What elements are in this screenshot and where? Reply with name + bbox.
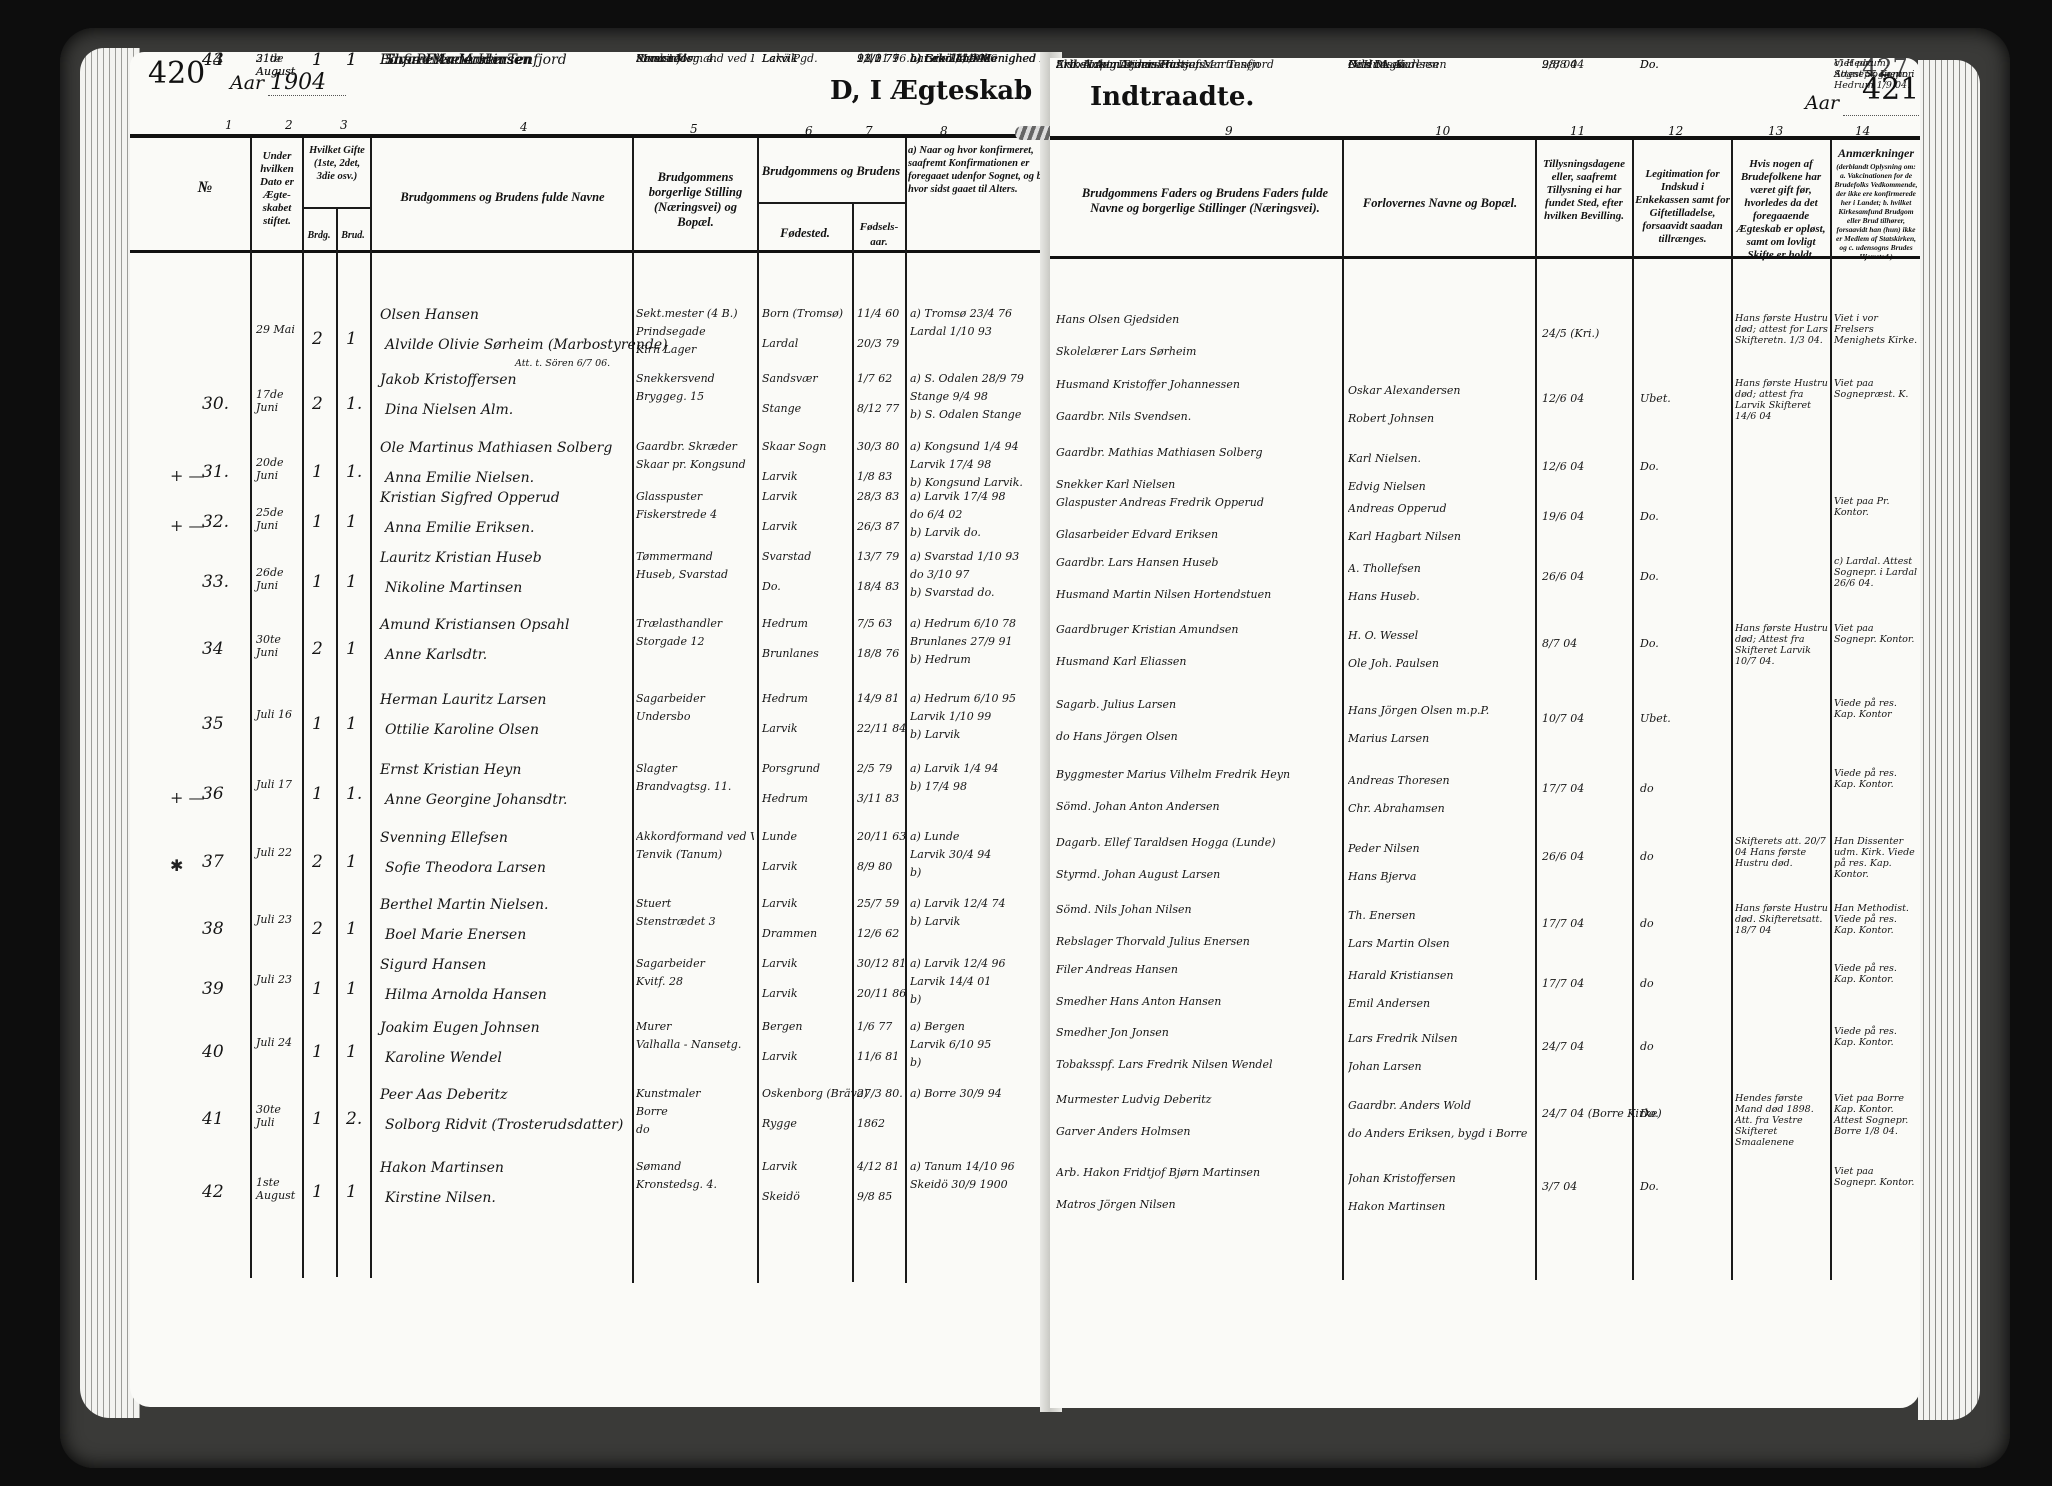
bride-birthplace: Larvik	[762, 860, 798, 873]
header-fathers: Brudgommens Faders og Brudens Faders ful…	[1070, 186, 1340, 216]
bride-birthplace: Larvik	[762, 1050, 798, 1063]
col-divider	[1731, 140, 1733, 1280]
confirmation-line: Stange 9/4 98	[910, 390, 1048, 403]
banns-date: 28/8 04	[1542, 58, 1584, 71]
occupation-line: Tømmermand	[636, 550, 754, 563]
groom-father: Glaspuster Andreas Fredrik Opperud	[1056, 496, 1340, 509]
groom-birthplace: Larvik	[762, 490, 798, 503]
remarks-note: Viede på res. Kap. Kontor.	[1834, 1026, 1918, 1048]
remarks-note: c) Hedrum. Attest Sognepr. i Hedrum 1/9 …	[1834, 58, 1918, 91]
occupation-line: Murer	[636, 1020, 754, 1033]
bride-father: Tobaksspf. Lars Fredrik Nilsen Wendel	[1056, 1058, 1340, 1071]
groom-marriage-order: 1	[312, 52, 323, 68]
entry-number: 40	[202, 1044, 224, 1060]
col-num-3: 3	[340, 118, 348, 132]
witness-2: Robert Johnsen	[1348, 412, 1533, 425]
groom-birth-date: 1/7 62	[857, 372, 892, 385]
confirmation-line: a) Kongsund 1/4 94	[910, 440, 1048, 453]
confirmation-line: a) Larvik 1/4 94	[910, 762, 1048, 775]
bride-marriage-order: 1	[346, 1044, 357, 1060]
bride-name: Alvilde Olivie Sørheim (Marbostyrende)	[385, 337, 668, 353]
entry-date: Juli 23	[256, 973, 300, 986]
groom-note: Att. t. Sören 6/7 06.	[515, 358, 610, 369]
groom-birth-date: 1/6 77	[857, 1020, 892, 1033]
bride-marriage-order: 1	[346, 716, 357, 732]
confirmation-line: a) Tromsø 23/4 76	[910, 307, 1048, 320]
bride-marriage-order: 1	[346, 52, 357, 68]
bride-father: Snekker Karl Nielsen	[1056, 478, 1340, 491]
confirmation-line: b) Larvik do.	[910, 526, 1048, 539]
header-birth-year: Fødsels-aar.	[854, 220, 904, 250]
col-divider	[1535, 140, 1537, 1280]
bride-birthplace: Larvik	[762, 722, 798, 735]
occupation-line: Sagarbeider	[636, 957, 754, 970]
bride-birthplace: Larvik	[762, 520, 798, 533]
bride-marriage-order: 1	[346, 331, 357, 347]
margin-mark: + —	[170, 788, 205, 807]
entry-number: 30.	[202, 396, 229, 412]
confirmation-line: b) S. Odalen Stange	[910, 408, 1048, 421]
entry-date: 20de Juni	[256, 456, 300, 482]
register-title-left: D, I Ægteskab	[830, 76, 1032, 106]
groom-birthplace: Skaar Sogn	[762, 440, 826, 453]
groom-father: Husmand Kristoffer Johannessen	[1056, 378, 1340, 391]
groom-name: Berthel Martin Nielsen.	[380, 897, 549, 913]
occupation-line: Fiskerstrede 4	[636, 508, 754, 521]
previous-marriage-note: Hans første Hustru død; Attest fra Skift…	[1735, 623, 1828, 667]
col-divider	[250, 138, 252, 1278]
banns-date: 12/6 04	[1542, 392, 1584, 405]
bride-birth-date: 23/3 79	[857, 52, 899, 65]
occupation-line: Undersbo	[636, 710, 754, 723]
groom-name: Jakob Kristoffersen	[380, 372, 517, 388]
groom-marriage-order: 2	[312, 331, 323, 347]
entry-date: Juli 17	[256, 778, 300, 791]
groom-birth-date: 30/12 81	[857, 957, 906, 970]
legitimation-value: do	[1640, 782, 1654, 795]
entry-number: 35	[202, 716, 224, 732]
bride-birthplace: Larvik	[762, 52, 798, 65]
col-divider	[1830, 140, 1832, 1280]
remarks-note: Viede på res. Kap. Kontor	[1834, 698, 1918, 720]
groom-birth-date: 30/3 80	[857, 440, 899, 453]
legitimation-value: Do.	[1640, 570, 1659, 583]
confirmation-line: Skeidö 30/9 1900	[910, 1178, 1048, 1191]
entry-date: Juli 23	[256, 913, 300, 926]
confirmation-line: Larvik 1/10 99	[910, 710, 1048, 723]
bride-father: Smedher Hans Anton Hansen	[1056, 995, 1340, 1008]
occupation-line: Rana i Mo	[636, 52, 754, 65]
entry-number: 32.	[202, 514, 229, 530]
witness-1: Peder Nilsen	[1348, 842, 1533, 855]
remarks-note: Viet i vor Frelsers Menighets Kirke.	[1834, 313, 1918, 346]
groom-name: Herman Lauritz Larsen	[380, 692, 546, 708]
groom-birthplace: Sandsvær	[762, 372, 818, 385]
bride-marriage-order: 1	[346, 981, 357, 997]
header-top-rule-right	[1050, 136, 1920, 140]
entry-number: 38	[202, 921, 224, 937]
remarks-note: Viet paa Sognepr. Kontor.	[1834, 1166, 1918, 1188]
groom-birth-date: 11/4 60	[857, 307, 899, 320]
bride-name: Kirstine Nilsen.	[385, 1190, 496, 1206]
witness-1: Harald Kristiansen	[1348, 969, 1533, 982]
bride-birth-date: 8/12 77	[857, 402, 899, 415]
occupation-line: Stuert	[636, 897, 754, 910]
groom-birth-date: 28/3 83	[857, 490, 899, 503]
col-divider	[632, 138, 634, 1283]
header-bottom-rule	[130, 250, 1050, 253]
previous-marriage-note: Skifterets att. 20/7 04 Hans første Hust…	[1735, 836, 1828, 869]
confirmation-line: do 6/4 02	[910, 508, 1048, 521]
groom-marriage-order: 1	[312, 1111, 323, 1127]
witness-1: Th. Enersen	[1348, 909, 1533, 922]
groom-marriage-order: 1	[312, 514, 323, 530]
entry-number: 33.	[202, 574, 229, 590]
witness-2: Lars Martin Olsen	[1348, 937, 1533, 950]
bride-marriage-order: 1	[346, 1184, 357, 1200]
entry-date: 31te August	[256, 52, 300, 78]
occupation-line: do	[636, 1123, 754, 1136]
remarks-note: Viet paa Sognepr. Kontor.	[1834, 623, 1918, 645]
col-divider	[757, 138, 759, 1283]
remarks-note: Viet paa Pr. Kontor.	[1834, 496, 1918, 518]
groom-birthplace: Larvik	[762, 897, 798, 910]
occupation-line: Huseb, Svarstad	[636, 568, 754, 581]
groom-marriage-order: 1	[312, 981, 323, 997]
groom-father: Sagarb. Julius Larsen	[1056, 698, 1340, 711]
left-page: 420 Aar1904 D, I Ægteskab 1 2 3 4 5 6 7 …	[130, 52, 1050, 1407]
witness-2: Karl Hagbart Nilsen	[1348, 530, 1533, 543]
confirmation-line: b) Svarstad do.	[910, 586, 1048, 599]
confirmation-line: b)	[910, 866, 1048, 879]
header-groom-short: Brdg.	[302, 228, 336, 243]
bride-birthplace: Skeidö	[762, 1190, 800, 1203]
bride-father: Sömd. Johan Anton Andersen	[1056, 800, 1340, 813]
remarks-note: c) Lardal. Attest Sognepr. i Lardal 26/6…	[1834, 556, 1918, 589]
groom-name: Hakon Martinsen	[380, 1160, 504, 1176]
bride-marriage-order: 1.	[346, 786, 362, 802]
occupation-line: Slagter	[636, 762, 754, 775]
witness-2: Hans Huseb.	[1348, 590, 1533, 603]
legitimation-value: Do.	[1640, 1180, 1659, 1193]
remarks-note: Viede på res. Kap. Kontor.	[1834, 768, 1918, 790]
groom-birthplace: Lunde	[762, 830, 797, 843]
witness-1: A. Thollefsen	[1348, 562, 1533, 575]
bride-name: Karoline Wendel	[385, 1050, 502, 1066]
groom-birthplace: Svarstad	[762, 550, 811, 563]
occupation-line: Valhalla - Nansetg.	[636, 1038, 754, 1051]
bride-father: Skibskapt. Dennis Hansen	[1056, 58, 1340, 71]
bride-marriage-order: 1	[346, 574, 357, 590]
witness-1: Hans Jörgen Olsen m.p.P.	[1348, 704, 1533, 717]
remarks-note: Han Methodist. Viede på res. Kap. Kontor…	[1834, 903, 1918, 936]
col-divider	[370, 138, 372, 1278]
groom-marriage-order: 1	[312, 464, 323, 480]
legitimation-value: Do.	[1640, 58, 1659, 71]
groom-name: Ernst Kristian Heyn	[380, 762, 521, 778]
col-divider	[1342, 140, 1344, 1280]
confirmation-line: b) Hedrum	[910, 653, 1048, 666]
confirmation-line: Lardal 1/10 93	[910, 325, 1048, 338]
right-year-field: Aar	[1805, 90, 1920, 115]
groom-name: Amund Kristiansen Opsahl	[380, 617, 570, 633]
banns-date: 19/6 04	[1542, 510, 1584, 523]
occupation-line: Borre	[636, 1105, 754, 1118]
groom-name: Olsen Hansen	[380, 307, 479, 323]
previous-marriage-note: Hans første Hustru død; attest for Lars …	[1735, 313, 1828, 346]
bride-name: Solborg Ridvit (Trosterudsdatter)	[385, 1117, 623, 1133]
entry-date: Juli 22	[256, 846, 300, 859]
witness-2: Marius Larsen	[1348, 732, 1533, 745]
confirmation-line: a) Borre 30/9 94	[910, 1087, 1048, 1100]
groom-father: Murmester Ludvig Deberitz	[1056, 1093, 1340, 1106]
bride-name: Hilma Arnolda Hansen	[385, 987, 547, 1003]
bride-name: Ottilie Karoline Olsen	[385, 722, 539, 738]
groom-name: Joakim Eugen Johnsen	[380, 1020, 540, 1036]
bride-birthplace: Stange	[762, 402, 801, 415]
groom-birthplace: Larvik	[762, 1160, 798, 1173]
confirmation-line: Larvik 17/4 98	[910, 458, 1048, 471]
bride-name: Sofie Theodora Larsen	[385, 860, 546, 876]
confirmation-line: a) Svarstad 1/10 93	[910, 550, 1048, 563]
banns-date: 26/6 04	[1542, 850, 1584, 863]
confirmation-line: a) Hedrum 6/10 95	[910, 692, 1048, 705]
header-previous-marriage: Hvis nogen af Brudefolkene har været gif…	[1733, 158, 1829, 262]
witness-1: H. O. Wessel	[1348, 629, 1533, 642]
groom-father: Hans Olsen Gjedsiden	[1056, 313, 1340, 326]
legitimation-value: Ubet.	[1640, 392, 1671, 405]
col-divider	[852, 202, 854, 1282]
witness-2: Carl M. Andersen	[1348, 58, 1533, 71]
occupation-line: Trælasthandler	[636, 617, 754, 630]
bride-name: Nikoline Martinsen	[385, 580, 522, 596]
bride-father: Styrmd. Johan August Larsen	[1056, 868, 1340, 881]
groom-name: Peer Aas Deberitz	[380, 1087, 508, 1103]
bride-father: Gaardbr. Nils Svendsen.	[1056, 410, 1340, 423]
entry-date: 30te Juli	[256, 1103, 300, 1129]
occupation-line: Stenstrædet 3	[636, 915, 754, 928]
bride-birth-date: 11/6 81	[857, 1050, 899, 1063]
groom-birthplace: Bergen	[762, 1020, 803, 1033]
bride-name: Anne Karlsdtr.	[385, 647, 487, 663]
groom-marriage-order: 2	[312, 854, 323, 870]
groom-marriage-order: 1	[312, 574, 323, 590]
remarks-note: Han Dissenter udm. Kirk. Viede på res. K…	[1834, 836, 1918, 880]
bride-father: Skolelærer Lars Sørheim	[1056, 345, 1340, 358]
entry-date: 1ste August	[256, 1176, 300, 1202]
groom-birth-date: 4/12 81	[857, 1160, 899, 1173]
bride-birthplace: Brunlanes	[762, 647, 819, 660]
bride-birth-date: 12/6 62	[857, 927, 899, 940]
bride-name: Dina Nielsen Alm.	[385, 402, 513, 418]
bride-birthplace: Hedrum	[762, 792, 808, 805]
banns-date: 3/7 04	[1542, 1180, 1577, 1193]
groom-birthplace: Larvik	[762, 957, 798, 970]
groom-birthplace: Hedrum	[762, 692, 808, 705]
occupation-line: Snekkersvend	[636, 372, 754, 385]
groom-marriage-order: 2	[312, 641, 323, 657]
remarks-note: Viet paa Borre Kap. Kontor. Attest Sogne…	[1834, 1093, 1918, 1137]
confirmation-line: Larvik 14/4 01	[910, 975, 1048, 988]
banns-date: 24/7 04	[1542, 1040, 1584, 1053]
occupation-line: Brandvagtsg. 11.	[636, 780, 754, 793]
header-birth-group: Brudgommens og Brudens	[760, 164, 902, 179]
witness-1: Andreas Thoresen	[1348, 774, 1533, 787]
bride-name: Boel Marie Enersen	[385, 927, 526, 943]
bride-marriage-order: 1	[346, 641, 357, 657]
confirmation-line: a) Bergen	[910, 1020, 1048, 1033]
header-confirmation: a) Naar og hvor konfirmeret, saafremt Ko…	[908, 144, 1048, 196]
bride-father: Husmand Martin Nilsen Hortendstuen	[1056, 588, 1340, 601]
groom-birthplace: Porsgrund	[762, 762, 820, 775]
witness-2: Edvig Nielsen	[1348, 480, 1533, 493]
header-remarks-sub: (derblandt Oplysning om: a. Vakcinatione…	[1833, 162, 1919, 261]
bride-marriage-order: 1	[346, 514, 357, 530]
banns-date: 24/5 (Kri.)	[1542, 327, 1599, 340]
entry-number: 44	[202, 52, 224, 68]
header-no: №	[170, 180, 240, 195]
witness-1: Lars Fredrik Nilsen	[1348, 1032, 1533, 1045]
right-page-edges	[1918, 60, 1980, 1420]
bride-marriage-order: 2.	[346, 1111, 362, 1127]
entry-date: 17de Juni	[256, 388, 300, 414]
previous-marriage-note: Hans første Hustru død; attest fra Larvi…	[1735, 378, 1828, 422]
legitimation-value: do	[1640, 1040, 1654, 1053]
bride-birth-date: 1/8 83	[857, 470, 892, 483]
confirmation-line: b) Lekö Larvik	[910, 52, 1048, 65]
confirmation-line: a) Larvik 17/4 98	[910, 490, 1048, 503]
col-num-2: 2	[285, 118, 293, 132]
entry-number: 31.	[202, 464, 229, 480]
occupation-line: Kronstedsg. 4.	[636, 1178, 754, 1191]
margin-mark: ✱	[170, 856, 183, 875]
banns-date: 26/6 04	[1542, 570, 1584, 583]
remarks-note: Viede på res. Kap. Kontor.	[1834, 963, 1918, 985]
groom-birth-date: 13/7 79	[857, 550, 899, 563]
bride-name: Anna Emilie Eriksen.	[385, 520, 534, 536]
header-full-names: Brudgommens og Brudens fulde Navne	[380, 190, 625, 205]
occupation-line: Sagarbeider	[636, 692, 754, 705]
col-divider	[302, 138, 304, 1278]
groom-marriage-order: 1	[312, 1044, 323, 1060]
bride-father: do Hans Jörgen Olsen	[1056, 730, 1340, 743]
bride-birth-date: 26/3 87	[857, 520, 899, 533]
bride-marriage-order: 1	[346, 854, 357, 870]
witness-1: Gaardbr. Anders Wold	[1348, 1099, 1533, 1112]
confirmation-line: a) S. Odalen 28/9 79	[910, 372, 1048, 385]
header-top-rule	[130, 134, 1050, 138]
bride-birth-date: 8/9 80	[857, 860, 892, 873]
legitimation-value: do	[1640, 977, 1654, 990]
register-title-right: Indtraadte.	[1090, 82, 1254, 112]
confirmation-line: b)	[910, 993, 1048, 1006]
occupation-line: Glasspuster	[636, 490, 754, 503]
confirmation-line: a) Hedrum 6/10 78	[910, 617, 1048, 630]
entry-number: 34	[202, 641, 224, 657]
banns-date: 17/7 04	[1542, 782, 1584, 795]
entry-date: 26de Juni	[256, 566, 300, 592]
bride-father: Husmand Karl Eliassen	[1056, 655, 1340, 668]
header-legitimation: Legitimation for Indskud i Enkekassen sa…	[1635, 168, 1730, 246]
confirmation-line: a) Tanum 14/10 96	[910, 1160, 1048, 1173]
witness-2: Johan Larsen	[1348, 1060, 1533, 1073]
legitimation-value: do	[1640, 917, 1654, 930]
confirmation-line: b) Larvik	[910, 728, 1048, 741]
witness-2: Chr. Abrahamsen	[1348, 802, 1533, 815]
groom-birthplace: Oskenborg (Brävo)	[762, 1087, 868, 1100]
groom-birthplace: Hedrum	[762, 617, 808, 630]
groom-birth-date: 25/7 59	[857, 897, 899, 910]
occupation-line: Storgade 12	[636, 635, 754, 648]
bride-birthplace: Rygge	[762, 1117, 797, 1130]
banns-date: 10/7 04	[1542, 712, 1584, 725]
confirmation-line: b) 17/4 98	[910, 780, 1048, 793]
header-bride-short: Brud.	[336, 228, 370, 243]
groom-name: Svenning Ellefsen	[380, 830, 508, 846]
bride-birthplace: Larvik	[762, 987, 798, 1000]
entry-date: 29 Mai	[256, 323, 300, 336]
previous-marriage-note: Hans første Hustru død. Skifteretsatt. 1…	[1735, 903, 1828, 936]
groom-marriage-order: 1	[312, 786, 323, 802]
confirmation-line: a) Larvik 12/4 96	[910, 957, 1048, 970]
entry-number: 39	[202, 981, 224, 997]
birth-subrule	[757, 202, 905, 204]
witness-2: Emil Andersen	[1348, 997, 1533, 1010]
bride-birth-date: 9/8 85	[857, 1190, 892, 1203]
occupation-line: Skaar pr. Kongsund	[636, 458, 754, 471]
occupation-line: Tenvik (Tanum)	[636, 848, 754, 861]
bride-marriage-order: 1	[346, 921, 357, 937]
groom-birth-date: 20/11 63	[857, 830, 906, 843]
confirmation-line: a) Lunde	[910, 830, 1048, 843]
entry-number: 41	[202, 1111, 224, 1127]
occupation-line: Bryggeg. 15	[636, 390, 754, 403]
groom-birthplace: Born (Tromsø)	[762, 307, 843, 320]
bride-birth-date: 20/3 79	[857, 337, 899, 350]
col-num-1: 1	[225, 118, 233, 132]
groom-name: Sigurd Hansen	[380, 957, 486, 973]
confirmation-line: a) Larvik 12/4 74	[910, 897, 1048, 910]
header-birthplace: Fødested.	[760, 226, 850, 241]
header-occupation: Brudgommens borgerlige Stilling (Nærings…	[638, 170, 753, 230]
groom-marriage-order: 2	[312, 396, 323, 412]
groom-marriage-order: 1	[312, 1184, 323, 1200]
bride-birthplace: Drammen	[762, 927, 817, 940]
banns-date: 12/6 04	[1542, 460, 1584, 473]
entry-number: 37	[202, 854, 224, 870]
groom-father: Gaardbr. Mathias Mathiasen Solberg	[1056, 446, 1340, 459]
header-which-marriage: Hvilket Gifte (1ste, 2det, 3die osv.)	[304, 144, 370, 183]
bride-name: Thora Marie Hansen	[385, 52, 532, 68]
bride-birth-date: 1862	[857, 1117, 885, 1130]
witness-1: Karl Nielsen.	[1348, 452, 1533, 465]
occupation-line: Sekt.mester (4 B.)	[636, 307, 754, 320]
occupation-line: Kirn Lager	[636, 343, 754, 356]
bride-birth-date: 22/11 84	[857, 722, 906, 735]
bride-birthplace: Do.	[762, 580, 781, 593]
entry-date: 25de Juni	[256, 506, 300, 532]
confirmation-line: Brunlanes 27/9 91	[910, 635, 1048, 648]
entry-number: 42	[202, 1184, 224, 1200]
witness-2: do Anders Eriksen, bygd i Borre	[1348, 1127, 1533, 1140]
occupation-line: Kvitf. 28	[636, 975, 754, 988]
witness-2: Hans Bjerva	[1348, 870, 1533, 883]
bride-birthplace: Larvik	[762, 470, 798, 483]
confirmation-line: b) Larvik	[910, 915, 1048, 928]
confirmation-line: do 3/10 97	[910, 568, 1048, 581]
witness-1: Johan Kristoffersen	[1348, 1172, 1533, 1185]
groom-father: Byggmester Marius Vilhelm Fredrik Heyn	[1056, 768, 1340, 781]
